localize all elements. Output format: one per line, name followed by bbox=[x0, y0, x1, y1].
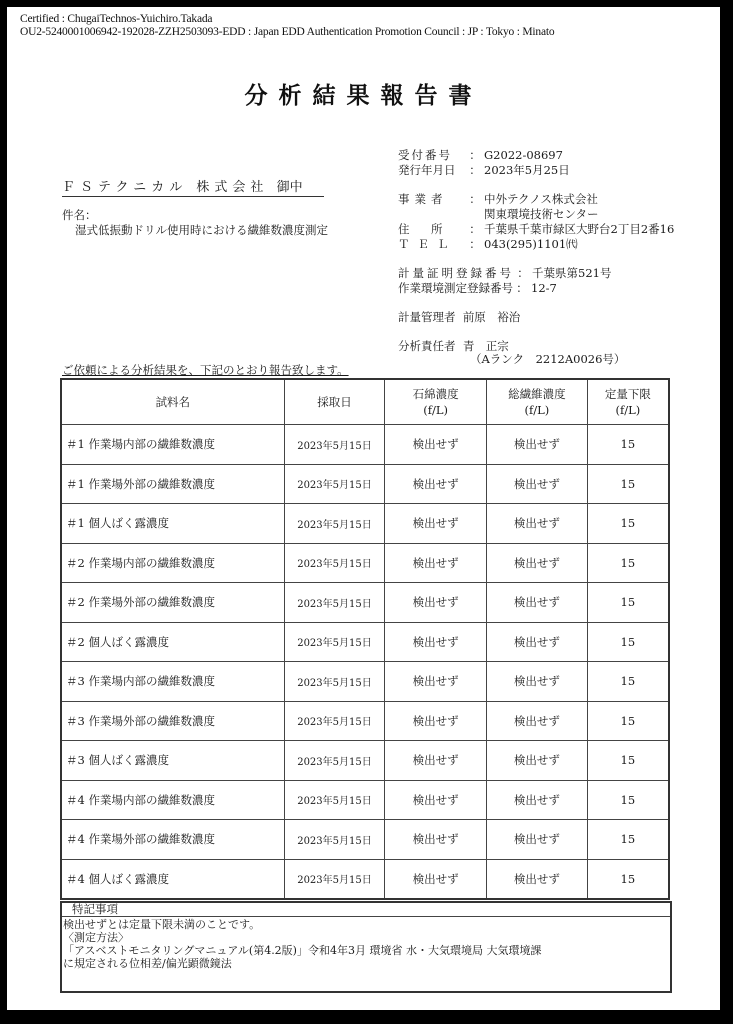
total-fiber-cell: 検出せず bbox=[487, 622, 588, 662]
sample-date-cell: 2023年5月15日 bbox=[284, 662, 385, 702]
company-division: 関東環境技術センター bbox=[484, 206, 599, 222]
limit-cell: 15 bbox=[587, 425, 669, 465]
report-page: Certified : ChugaiTechnos-Yuichiro.Takad… bbox=[7, 7, 720, 1010]
asbestos-cell: 検出せず bbox=[385, 543, 487, 583]
asbestos-cell: 検出せず bbox=[385, 622, 487, 662]
total-fiber-cell: 検出せず bbox=[487, 820, 588, 860]
results-table: 試料名 採取日 石綿濃度(f/L) 総繊維濃度(f/L) 定量下限(f/L) ＃… bbox=[60, 378, 670, 900]
limit-cell: 15 bbox=[587, 583, 669, 623]
table-row: ＃1 作業場外部の繊維数濃度2023年5月15日検出せず検出せず15 bbox=[61, 464, 669, 504]
sample-name-cell: ＃4 個人ばく露濃度 bbox=[61, 859, 284, 899]
issue-date-value: 2023年5月25日 bbox=[484, 163, 570, 177]
asbestos-cell: 検出せず bbox=[385, 780, 487, 820]
table-row: ＃2 作業場外部の繊維数濃度2023年5月15日検出せず検出せず15 bbox=[61, 583, 669, 623]
sample-date-cell: 2023年5月15日 bbox=[284, 780, 385, 820]
header-date: 採取日 bbox=[284, 379, 385, 425]
limit-cell: 15 bbox=[587, 741, 669, 781]
sample-name-cell: ＃1 作業場内部の繊維数濃度 bbox=[61, 425, 284, 465]
sample-name-cell: ＃4 作業場外部の繊維数濃度 bbox=[61, 820, 284, 860]
sample-date-cell: 2023年5月15日 bbox=[284, 701, 385, 741]
sample-name-cell: ＃3 作業場外部の繊維数濃度 bbox=[61, 701, 284, 741]
asbestos-cell: 検出せず bbox=[385, 425, 487, 465]
document-title: 分析結果報告書 bbox=[7, 77, 720, 110]
table-row: ＃3 作業場外部の繊維数濃度2023年5月15日検出せず検出せず15 bbox=[61, 701, 669, 741]
asbestos-cell: 検出せず bbox=[385, 820, 487, 860]
sample-date-cell: 2023年5月15日 bbox=[284, 741, 385, 781]
subject-value: 湿式低振動ドリル使用時における繊維数濃度測定 bbox=[75, 223, 328, 238]
sample-date-cell: 2023年5月15日 bbox=[284, 820, 385, 860]
table-row: ＃2 個人ばく露濃度2023年5月15日検出せず検出せず15 bbox=[61, 622, 669, 662]
total-fiber-cell: 検出せず bbox=[487, 780, 588, 820]
sample-name-cell: ＃3 個人ばく露濃度 bbox=[61, 741, 284, 781]
cert-registration: 計量証明登録番号：千葉県第521号 bbox=[398, 265, 611, 281]
total-fiber-cell: 検出せず bbox=[487, 504, 588, 544]
limit-cell: 15 bbox=[587, 701, 669, 741]
sample-name-cell: ＃1 個人ばく露濃度 bbox=[61, 504, 284, 544]
sample-name-cell: ＃2 作業場外部の繊維数濃度 bbox=[61, 583, 284, 623]
sample-date-cell: 2023年5月15日 bbox=[284, 504, 385, 544]
asbestos-cell: 検出せず bbox=[385, 741, 487, 781]
notes-header: 特記事項 bbox=[62, 903, 670, 917]
note-line: 「アスベストモニタリングマニュアル(第4.2版)」令和4年3月 環境省 水・大気… bbox=[63, 944, 670, 957]
company-name: 中外テクノス株式会社 bbox=[484, 192, 598, 206]
total-fiber-cell: 検出せず bbox=[487, 859, 588, 899]
client-name: ＦＳテクニカル 株式会社 bbox=[62, 180, 268, 195]
table-row: ＃4 個人ばく露濃度2023年5月15日検出せず検出せず15 bbox=[61, 859, 669, 899]
asbestos-cell: 検出せず bbox=[385, 504, 487, 544]
note-line: 検出せずとは定量下限未満のことです。 bbox=[63, 918, 670, 931]
table-row: ＃4 作業場内部の繊維数濃度2023年5月15日検出せず検出せず15 bbox=[61, 780, 669, 820]
total-fiber-cell: 検出せず bbox=[487, 425, 588, 465]
limit-cell: 15 bbox=[587, 504, 669, 544]
limit-cell: 15 bbox=[587, 622, 669, 662]
client-addressee: ＦＳテクニカル 株式会社 御中 bbox=[62, 176, 324, 197]
company: 事業者：中外テクノス株式会社 bbox=[398, 191, 598, 207]
analyst-rank: （Aランク 2212A0026号） bbox=[470, 351, 625, 367]
intro-text: ご依頼による分析結果を、下記のとおり報告致します。 bbox=[62, 363, 349, 378]
total-fiber-cell: 検出せず bbox=[487, 741, 588, 781]
client-honorific: 御中 bbox=[277, 180, 303, 195]
notes-body: 検出せずとは定量下限未満のことです。 〈測定方法〉 「アスベストモニタリングマニ… bbox=[62, 917, 670, 970]
address-value: 千葉県千葉市緑区大野台2丁目2番16 bbox=[484, 222, 674, 236]
sample-name-cell: ＃2 作業場内部の繊維数濃度 bbox=[61, 543, 284, 583]
limit-cell: 15 bbox=[587, 543, 669, 583]
env-registration-value: 12-7 bbox=[531, 281, 557, 295]
receipt-number-value: G2022-08697 bbox=[484, 148, 563, 162]
sample-date-cell: 2023年5月15日 bbox=[284, 583, 385, 623]
limit-cell: 15 bbox=[587, 662, 669, 702]
header-limit: 定量下限(f/L) bbox=[587, 379, 669, 425]
subject-label: 件名： bbox=[62, 208, 97, 223]
asbestos-cell: 検出せず bbox=[385, 583, 487, 623]
header-asbestos: 石綿濃度(f/L) bbox=[385, 379, 487, 425]
asbestos-cell: 検出せず bbox=[385, 859, 487, 899]
table-row: ＃1 個人ばく露濃度2023年5月15日検出せず検出せず15 bbox=[61, 504, 669, 544]
total-fiber-cell: 検出せず bbox=[487, 543, 588, 583]
sample-date-cell: 2023年5月15日 bbox=[284, 622, 385, 662]
asbestos-cell: 検出せず bbox=[385, 701, 487, 741]
table-row: ＃4 作業場外部の繊維数濃度2023年5月15日検出せず検出せず15 bbox=[61, 820, 669, 860]
header-total-fiber: 総繊維濃度(f/L) bbox=[487, 379, 588, 425]
total-fiber-cell: 検出せず bbox=[487, 662, 588, 702]
issue-date: 発行年月日：2023年5月25日 bbox=[398, 162, 570, 178]
header-sample: 試料名 bbox=[61, 379, 284, 425]
sample-date-cell: 2023年5月15日 bbox=[284, 464, 385, 504]
limit-cell: 15 bbox=[587, 780, 669, 820]
table-row: ＃3 個人ばく露濃度2023年5月15日検出せず検出せず15 bbox=[61, 741, 669, 781]
certificate-line-1: Certified : ChugaiTechnos-Yuichiro.Takad… bbox=[20, 13, 212, 26]
limit-cell: 15 bbox=[587, 820, 669, 860]
total-fiber-cell: 検出せず bbox=[487, 583, 588, 623]
limit-cell: 15 bbox=[587, 464, 669, 504]
sample-name-cell: ＃4 作業場内部の繊維数濃度 bbox=[61, 780, 284, 820]
note-line: に規定される位相差/偏光顕微鏡法 bbox=[63, 957, 670, 970]
total-fiber-cell: 検出せず bbox=[487, 701, 588, 741]
limit-cell: 15 bbox=[587, 859, 669, 899]
sample-date-cell: 2023年5月15日 bbox=[284, 543, 385, 583]
sample-name-cell: ＃1 作業場外部の繊維数濃度 bbox=[61, 464, 284, 504]
address: 住 所：千葉県千葉市緑区大野台2丁目2番16 bbox=[398, 221, 674, 237]
sample-date-cell: 2023年5月15日 bbox=[284, 425, 385, 465]
table-row: ＃3 作業場内部の繊維数濃度2023年5月15日検出せず検出せず15 bbox=[61, 662, 669, 702]
certificate-line-2: OU2-5240001006942-192028-ZZH2503093-EDD … bbox=[20, 26, 554, 39]
asbestos-cell: 検出せず bbox=[385, 662, 487, 702]
sample-date-cell: 2023年5月15日 bbox=[284, 859, 385, 899]
asbestos-cell: 検出せず bbox=[385, 464, 487, 504]
table-row: ＃1 作業場内部の繊維数濃度2023年5月15日検出せず検出せず15 bbox=[61, 425, 669, 465]
note-line: 〈測定方法〉 bbox=[63, 931, 670, 944]
telephone: ＴＥＬ：043(295)1101㈹ bbox=[398, 236, 578, 252]
env-registration: 作業環境測定登録番号：12-7 bbox=[398, 280, 557, 296]
receipt-number: 受付番号：G2022-08697 bbox=[398, 147, 563, 163]
table-header-row: 試料名 採取日 石綿濃度(f/L) 総繊維濃度(f/L) 定量下限(f/L) bbox=[61, 379, 669, 425]
sample-name-cell: ＃3 作業場内部の繊維数濃度 bbox=[61, 662, 284, 702]
special-notes: 特記事項 検出せずとは定量下限未満のことです。 〈測定方法〉 「アスベストモニタ… bbox=[60, 901, 672, 993]
total-fiber-cell: 検出せず bbox=[487, 464, 588, 504]
telephone-value: 043(295)1101㈹ bbox=[484, 237, 578, 251]
measurement-manager: 計量管理者 前原 裕治 bbox=[398, 309, 520, 325]
cert-registration-value: 千葉県第521号 bbox=[532, 266, 611, 280]
manager-name: 前原 裕治 bbox=[463, 310, 521, 324]
table-row: ＃2 作業場内部の繊維数濃度2023年5月15日検出せず検出せず15 bbox=[61, 543, 669, 583]
sample-name-cell: ＃2 個人ばく露濃度 bbox=[61, 622, 284, 662]
